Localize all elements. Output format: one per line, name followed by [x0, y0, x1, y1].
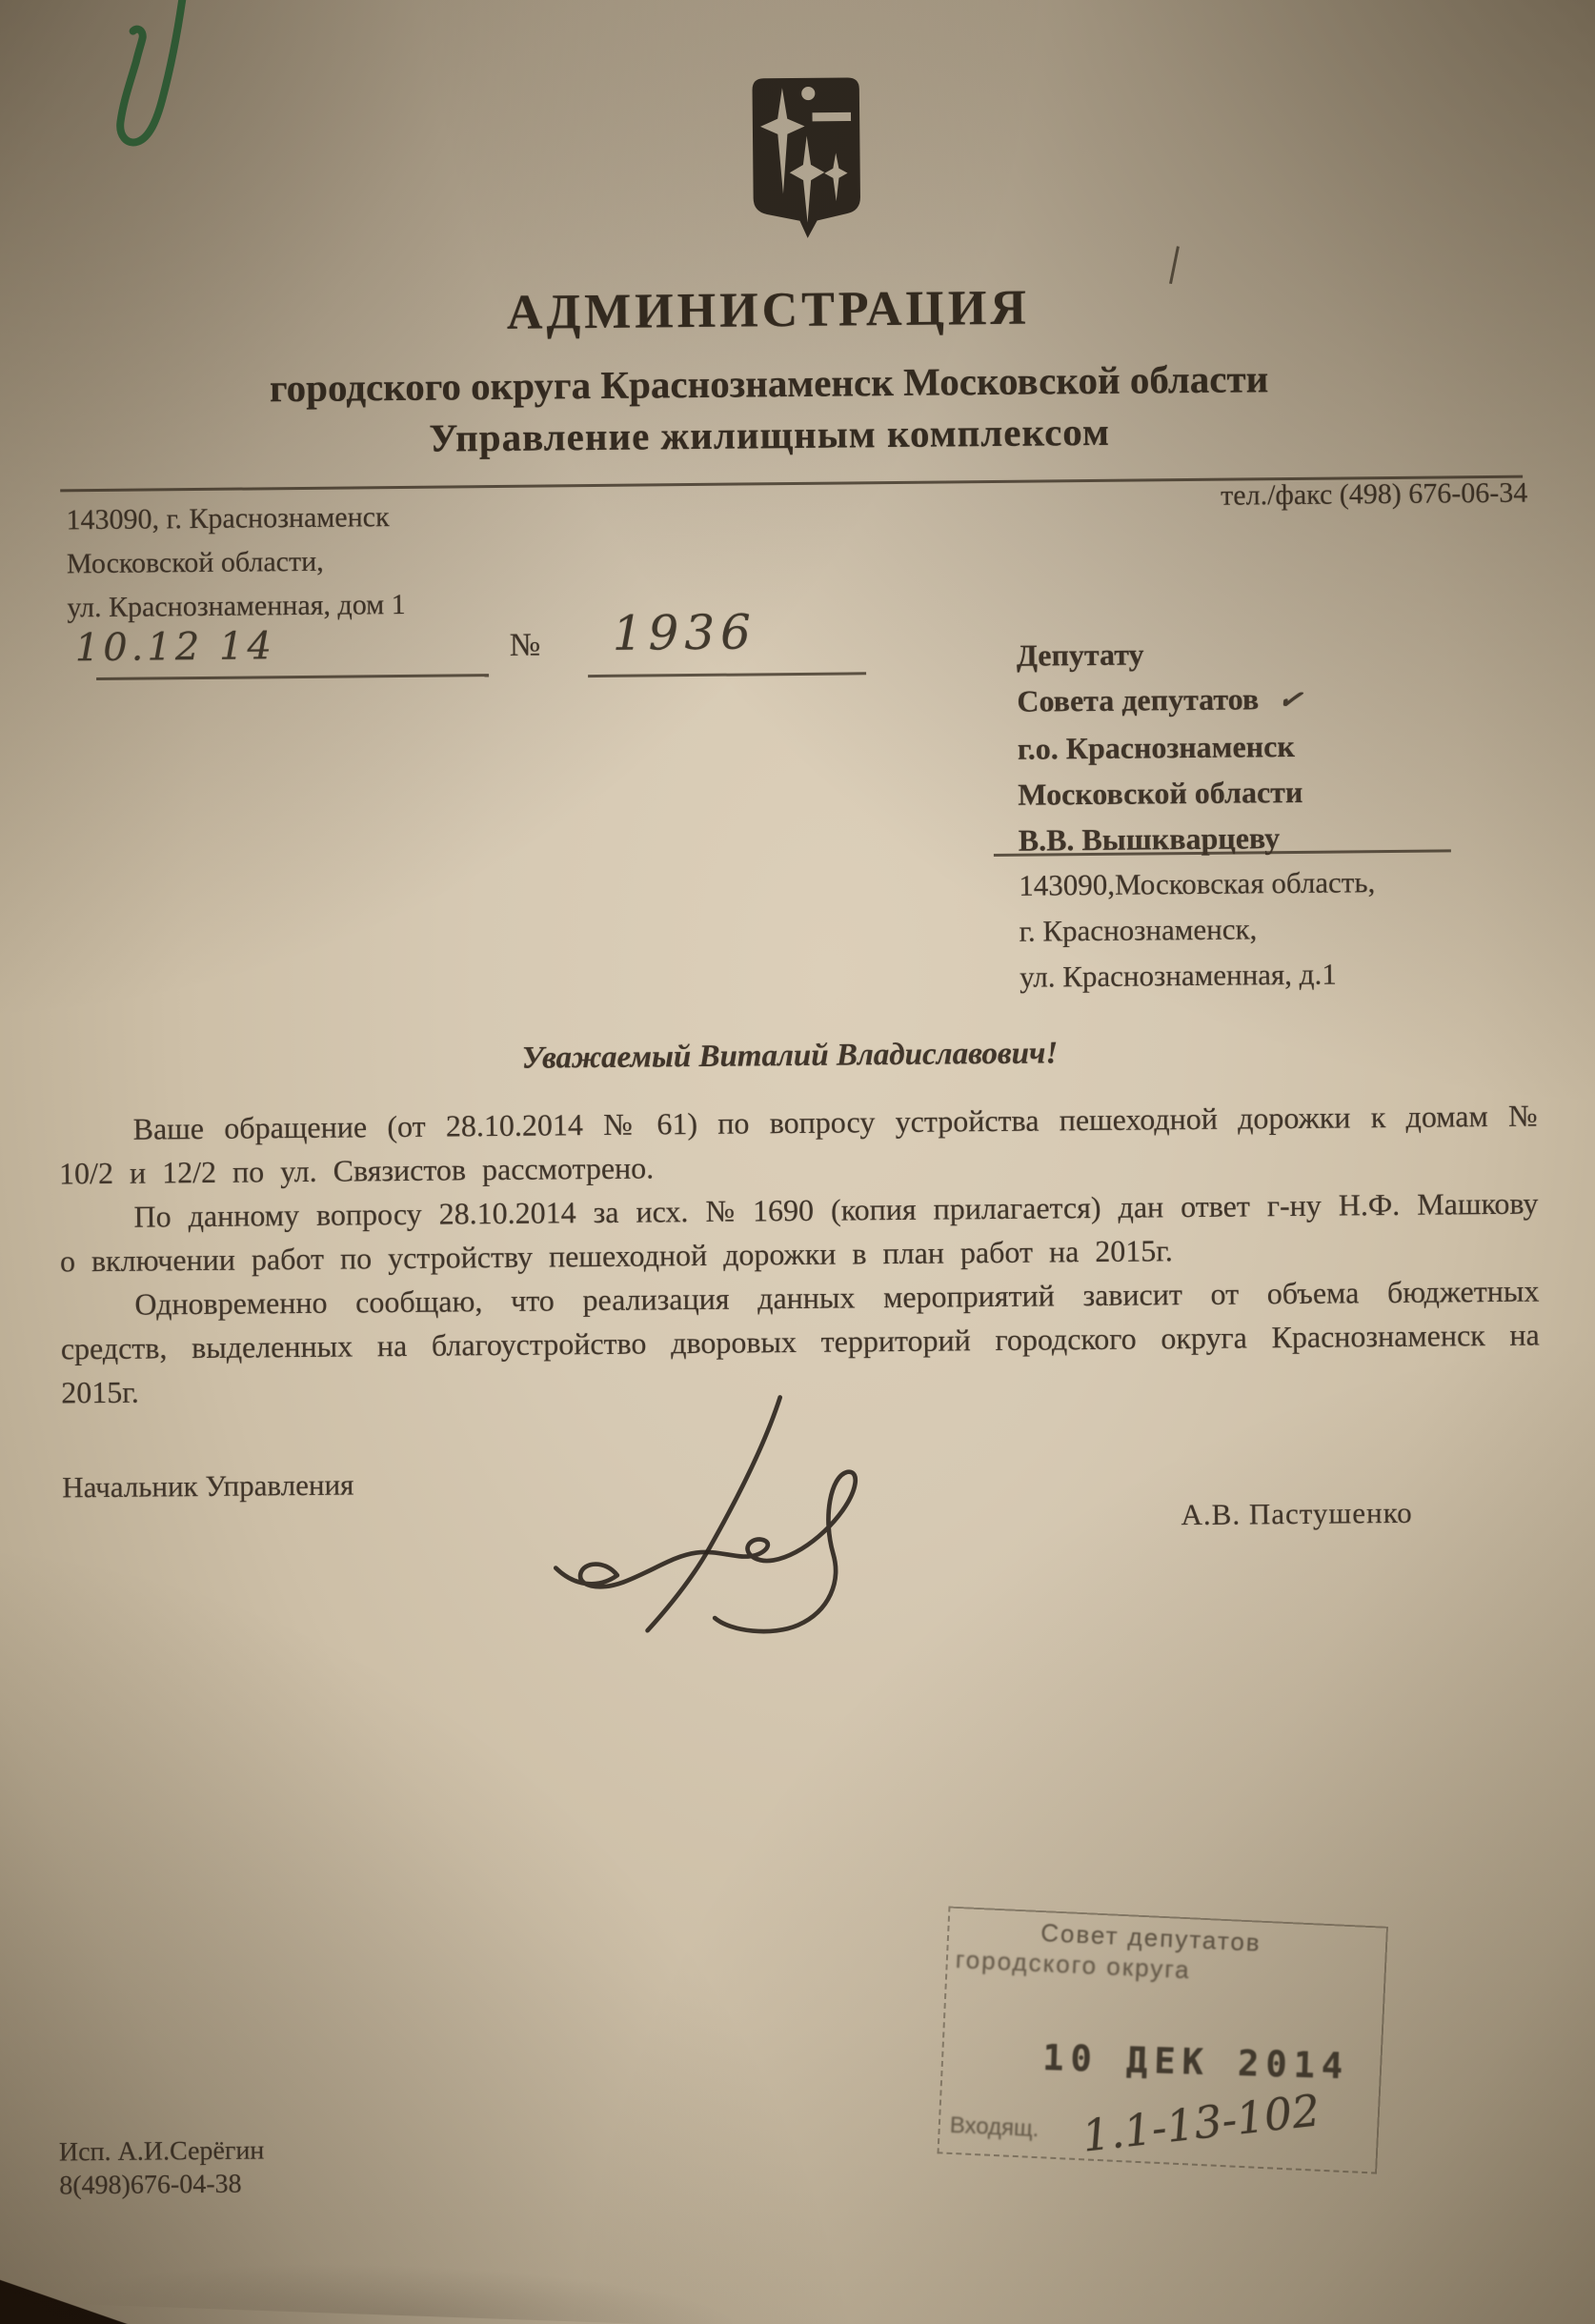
letter-body: Ваше обращение (от 28.10.2014 № 61) по в… [58, 1094, 1540, 1415]
recipient-address-line: г. Краснознаменск, [1019, 905, 1376, 955]
recipient-line: Московской области [1018, 768, 1375, 818]
executor-phone: 8(498)676-04-38 [59, 2167, 265, 2202]
number-underline [588, 672, 866, 677]
org-name-line2: городского округа Краснознаменск Московс… [0, 353, 1545, 414]
scanned-letter-photo: АДМИНИСТРАЦИЯ городского округа Краснозн… [0, 0, 1595, 2324]
paragraph-1: Ваше обращение (от 28.10.2014 № 61) по в… [58, 1094, 1538, 1196]
phone-fax: тел./факс (498) 676-06-34 [1041, 477, 1527, 515]
stamp-incoming-label: Входящ. [949, 2112, 1040, 2143]
handwritten-outgoing-number: 1936 [612, 604, 757, 660]
photo-background-corner [0, 2274, 143, 2324]
incoming-stamp: Совет депутатов городского округа 10 ДЕК… [937, 1907, 1388, 2174]
executor-name: Исп. А.И.Серёгин [59, 2133, 265, 2169]
coat-of-arms-icon [750, 75, 863, 240]
recipient-line: Совета депутатов✓ [1017, 675, 1374, 726]
sender-address-line: ул. Краснознаменная, дом 1 [67, 583, 406, 630]
date-underline [96, 674, 489, 680]
signer-name: А.В. Пастушенко [1181, 1496, 1412, 1532]
sender-address-block: 143090, г. Краснознаменск Московской обл… [66, 495, 406, 630]
recipient-address-line: 143090,Московская область, [1019, 859, 1376, 909]
org-name-line1: АДМИНИСТРАЦИЯ [0, 274, 1545, 346]
letter-sheet: АДМИНИСТРАЦИЯ городского округа Краснозн… [0, 0, 1595, 2324]
recipient-line: г.о. Краснознаменск [1018, 722, 1375, 772]
salutation: Уважаемый Виталий Владиславович! [399, 1035, 1181, 1078]
recipient-address-line: ул. Краснознаменная, д.1 [1020, 951, 1377, 1000]
sender-address-line: 143090, г. Краснознаменск [66, 495, 405, 542]
signature-scribble-icon [524, 1387, 1021, 1640]
stamp-handwritten-number: 1.1-13-102 [1080, 2084, 1322, 2161]
stamp-date: 10 ДЕК 2014 [1042, 2037, 1350, 2087]
paragraph-2: По данному вопросу 28.10.2014 за исх. № … [59, 1182, 1539, 1283]
paperclip-icon [91, 0, 206, 169]
recipient-line: Депутату [1017, 629, 1374, 678]
number-sign: № [510, 628, 541, 664]
signer-position: Начальник Управления [62, 1467, 353, 1505]
sender-address-line: Московской области, [67, 539, 406, 586]
handwritten-check-mark: ✓ [1274, 676, 1305, 724]
handwritten-date: 10.12 14 [75, 624, 276, 670]
org-name-line3: Управление жилищным комплексом [0, 404, 1546, 465]
recipient-block: Депутату Совета депутатов✓ г.о. Краснозн… [1017, 629, 1377, 1000]
executor-block: Исп. А.И.Серёгин 8(498)676-04-38 [59, 2133, 265, 2202]
